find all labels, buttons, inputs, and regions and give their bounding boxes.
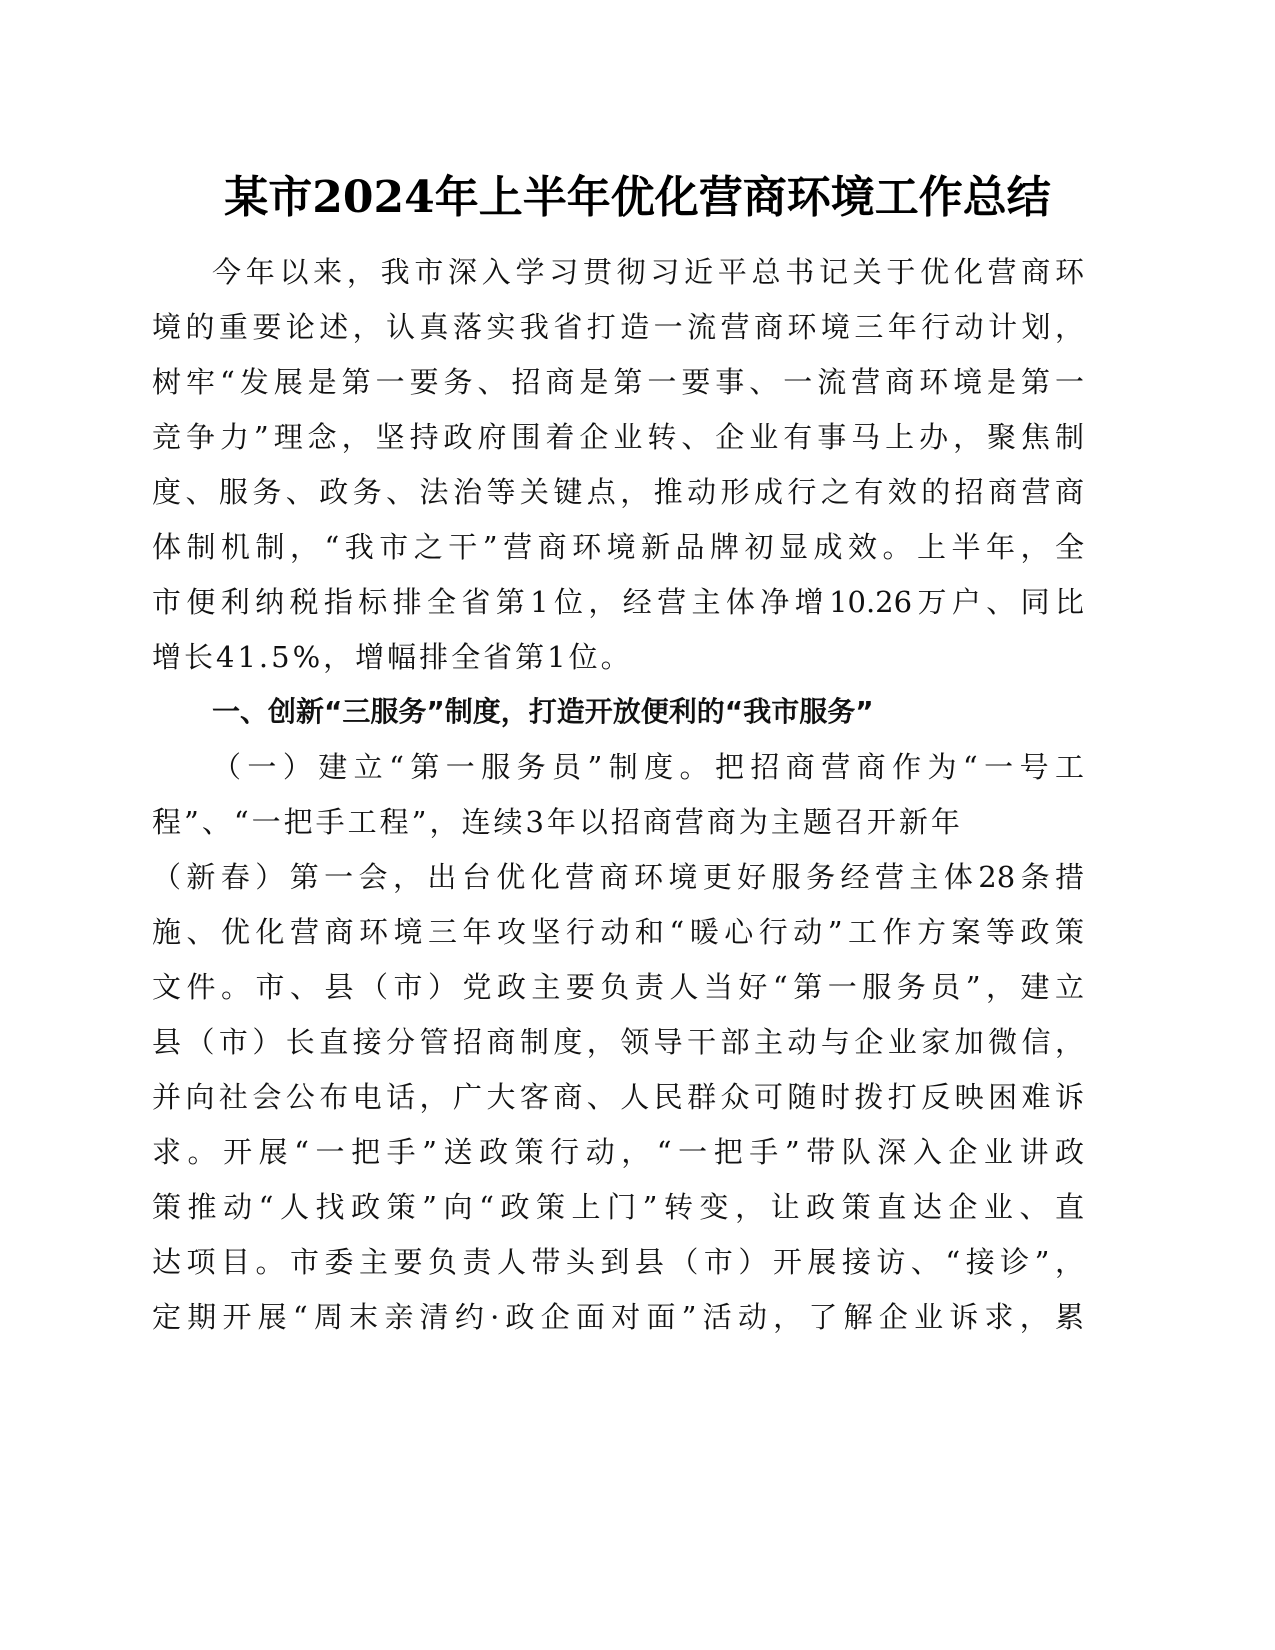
section-heading: 一、创新“三服务”制度，打造开放便利的“我市服务” bbox=[212, 685, 874, 739]
paragraph-line: 竞争力”理念，坚持政府围着企业转、企业有事马上办，聚焦制 bbox=[152, 410, 1084, 464]
paragraph-line: 体制机制，“我市之干”营商环境新品牌初显成效。上半年，全 bbox=[152, 520, 1084, 574]
paragraph-line: （新春）第一会，出台优化营商环境更好服务经营主体28条措 bbox=[152, 850, 1084, 904]
paragraph-line: 境的重要论述，认真落实我省打造一流营商环境三年行动计划， bbox=[152, 300, 1084, 354]
paragraph-line: 达项目。市委主要负责人带头到县（市）开展接访、“接诊”， bbox=[152, 1235, 1084, 1289]
paragraph-line: 树牢“发展是第一要务、招商是第一要事、一流营商环境是第一 bbox=[152, 355, 1084, 409]
paragraph-line: 文件。市、县（市）党政主要负责人当好“第一服务员”，建立 bbox=[152, 960, 1084, 1014]
paragraph-line: 施、优化营商环境三年攻坚行动和“暖心行动”工作方案等政策 bbox=[152, 905, 1084, 959]
paragraph-line: 增长41.5%，增幅排全省第1位。 bbox=[152, 630, 1084, 684]
paragraph-line: 定期开展“周末亲清约·政企面对面”活动，了解企业诉求，累 bbox=[152, 1290, 1084, 1344]
paragraph-line: 程”、“一把手工程”，连续3年以招商营商为主题召开新年 bbox=[152, 795, 1084, 849]
paragraph-line: 度、服务、政务、法治等关键点，推动形成行之有效的招商营商 bbox=[152, 465, 1084, 519]
paragraph-line: 策推动“人找政策”向“政策上门”转变，让政策直达企业、直 bbox=[152, 1180, 1084, 1234]
document-title: 某市2024年上半年优化营商环境工作总结 bbox=[0, 168, 1275, 228]
paragraph-line: （一）建立“第一服务员”制度。把招商营商作为“一号工 bbox=[212, 740, 1084, 794]
paragraph-line: 今年以来，我市深入学习贯彻习近平总书记关于优化营商环 bbox=[212, 245, 1084, 299]
paragraph-line: 求。开展“一把手”送政策行动，“一把手”带队深入企业讲政 bbox=[152, 1125, 1084, 1179]
document-page: 某市2024年上半年优化营商环境工作总结 今年以来，我市深入学习贯彻习近平总书记… bbox=[0, 0, 1275, 1650]
paragraph-line: 并向社会公布电话，广大客商、人民群众可随时拨打反映困难诉 bbox=[152, 1070, 1084, 1124]
paragraph-line: 县（市）长直接分管招商制度，领导干部主动与企业家加微信， bbox=[152, 1015, 1084, 1069]
paragraph-line: 市便利纳税指标排全省第1位，经营主体净增10.26万户、同比 bbox=[152, 575, 1084, 629]
